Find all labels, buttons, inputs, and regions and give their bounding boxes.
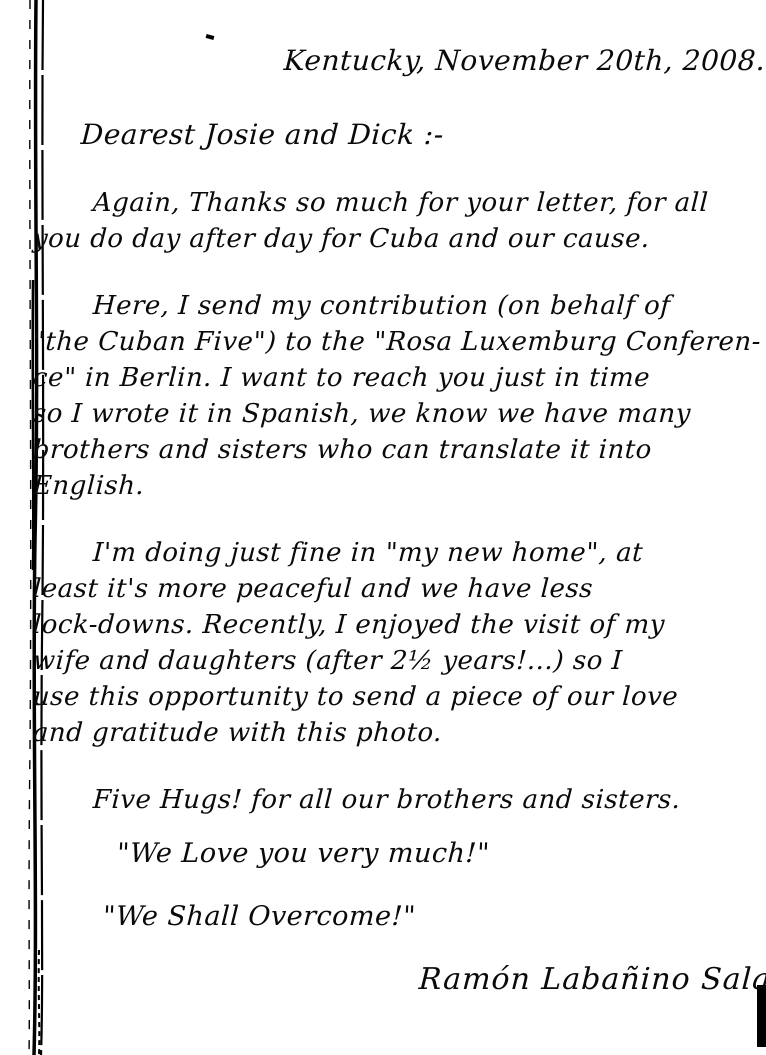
letter-body: Again, Thanks so much for your letter, f… bbox=[32, 185, 762, 849]
letter-salutation: Dearest Josie and Dick :- bbox=[80, 118, 445, 151]
closing-line: "We Love you very much!" bbox=[32, 836, 491, 872]
letter-line: English. bbox=[32, 468, 764, 504]
letter-line: use this opportunity to send a piece of … bbox=[32, 679, 764, 715]
closing-line: "We Shall Overcome!" bbox=[32, 899, 491, 935]
letter-closing: "We Love you very much!""We Shall Overco… bbox=[32, 836, 489, 962]
letter-paragraph: Again, Thanks so much for your letter, f… bbox=[32, 185, 762, 257]
letter-paragraph: I'm doing just fine in "my new home", at… bbox=[32, 535, 762, 751]
letter-date: Kentucky, November 20th, 2008. bbox=[283, 44, 766, 77]
letter-line: I'm doing just fine in "my new home", at bbox=[32, 535, 764, 571]
letter-paragraph: Five Hugs! for all our brothers and sist… bbox=[32, 782, 762, 818]
letter-page: Kentucky, November 20th, 2008. Dearest J… bbox=[0, 0, 766, 1055]
ink-speck bbox=[206, 34, 215, 40]
letter-line: "the Cuban Five") to the "Rosa Luxemburg… bbox=[32, 324, 764, 360]
letter-line: lock-downs. Recently, I enjoyed the visi… bbox=[32, 607, 764, 643]
letter-line: Five Hugs! for all our brothers and sist… bbox=[32, 782, 764, 818]
letter-paragraph: Here, I send my contribution (on behalf … bbox=[32, 288, 762, 504]
signature: Ramón Labañino Salazar bbox=[418, 962, 766, 997]
letter-line: brothers and sisters who can translate i… bbox=[32, 432, 764, 468]
letter-line: ce" in Berlin. I want to reach you just … bbox=[32, 360, 764, 396]
letter-line: Again, Thanks so much for your letter, f… bbox=[32, 185, 764, 221]
letter-line: Here, I send my contribution (on behalf … bbox=[32, 288, 764, 324]
letter-line: you do day after day for Cuba and our ca… bbox=[32, 221, 764, 257]
letter-line: wife and daughters (after 2½ years!...) … bbox=[32, 643, 764, 679]
letter-line: least it's more peaceful and we have les… bbox=[32, 571, 764, 607]
letter-line: so I wrote it in Spanish, we know we hav… bbox=[32, 396, 764, 432]
letter-line: and gratitude with this photo. bbox=[32, 715, 764, 751]
